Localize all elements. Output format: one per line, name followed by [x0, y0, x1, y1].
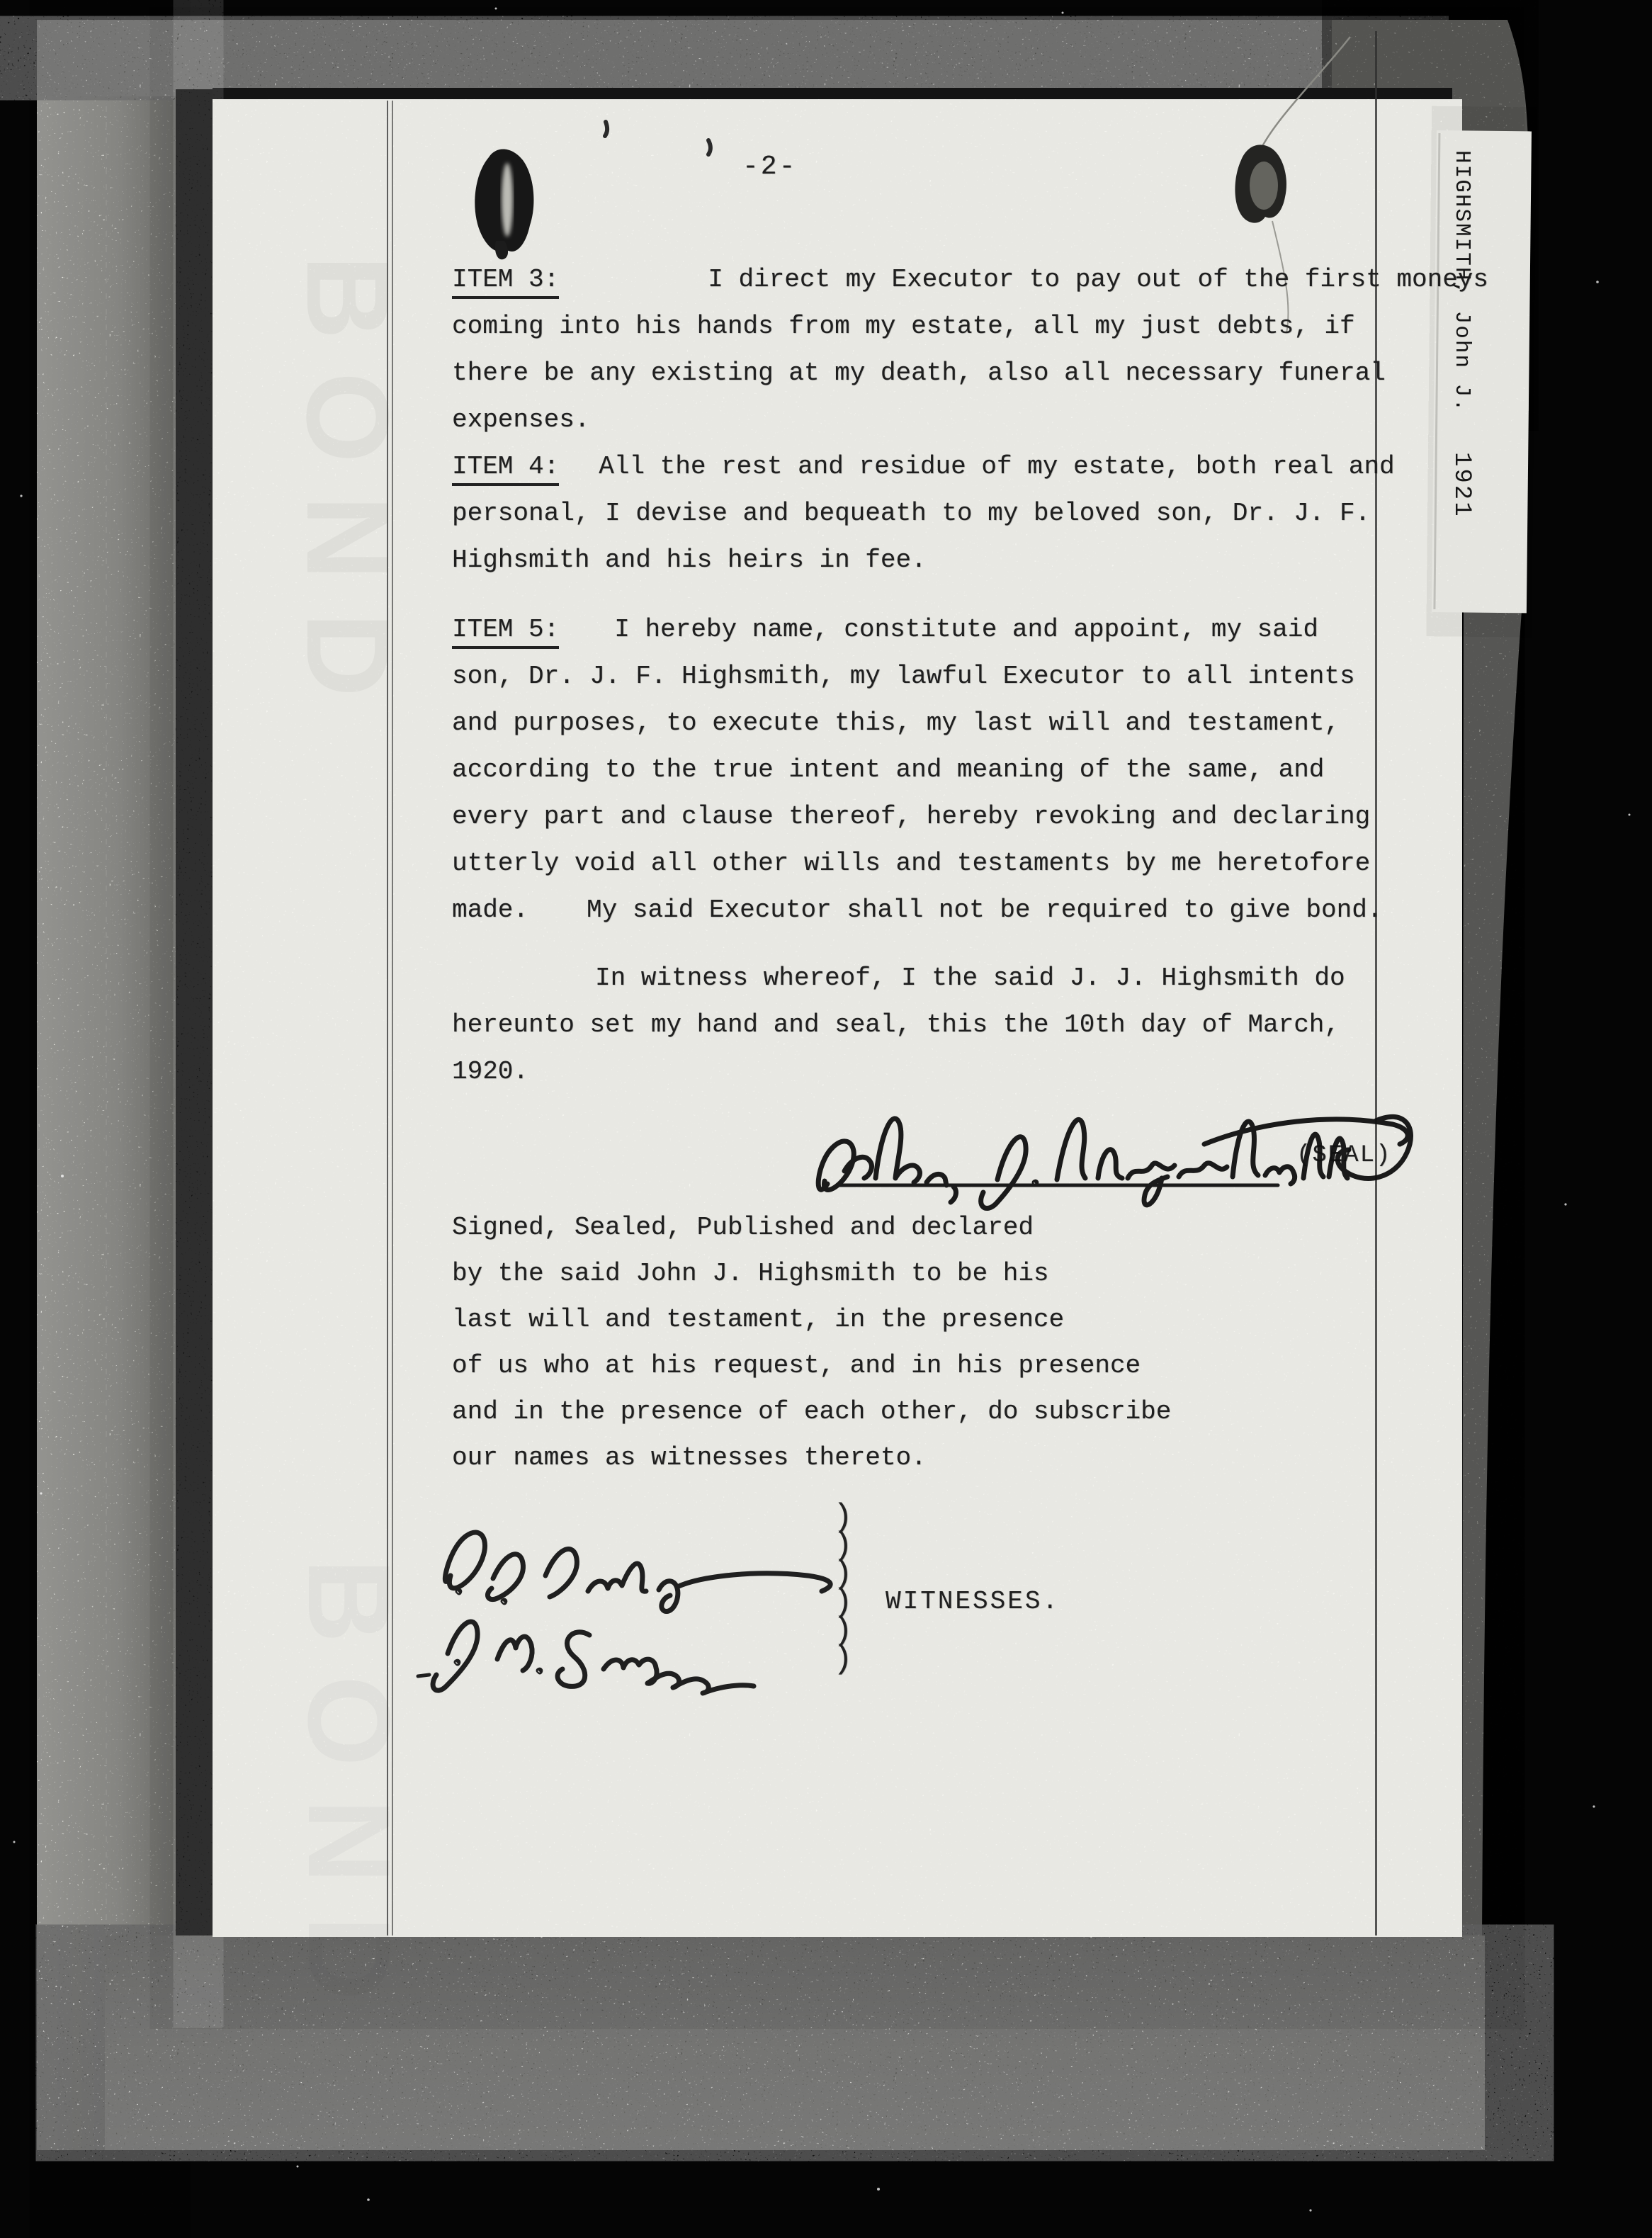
- testator-signature: [808, 1079, 1431, 1217]
- item4-line3: Highsmith and his heirs in fee.: [452, 537, 1488, 584]
- testimonium-line1: In witness whereof, I the said J. J. Hig…: [452, 955, 1488, 1002]
- scanned-will-page: { "doc": { "page_number": "-2-", "waterm…: [0, 0, 1652, 2238]
- item5-line2: son, Dr. J. F. Highsmith, my lawful Exec…: [452, 653, 1488, 700]
- item5-line4: according to the true intent and meaning…: [452, 747, 1488, 793]
- page-number: -2-: [742, 152, 797, 182]
- attestation-line6: our names as witnesses thereto.: [452, 1435, 1171, 1481]
- item3-heading: ITEM 3:: [452, 265, 559, 299]
- attestation-line2: by the said John J. Highsmith to be his: [452, 1250, 1171, 1296]
- folder-watermark-top: BOND: [281, 255, 414, 730]
- page-margin-rule-outer: [387, 101, 388, 1935]
- testimonium-line2: hereunto set my hand and seal, this the …: [452, 1002, 1488, 1049]
- item3-line1: ITEM 3:I direct my Executor to pay out o…: [452, 256, 1488, 303]
- item5-line6: utterly void all other wills and testame…: [452, 840, 1488, 887]
- testimonium-text1: In witness whereof, I the said J. J. Hig…: [595, 963, 1345, 993]
- item4-text1: All the rest and residue of my estate, b…: [599, 452, 1394, 481]
- attestation-line4: of us who at his request, and in his pre…: [452, 1343, 1171, 1389]
- witness2-signature: [405, 1586, 915, 1706]
- item4-line2: personal, I devise and bequeath to my be…: [452, 490, 1488, 537]
- item5-line3: and purposes, to execute this, my last w…: [452, 700, 1488, 747]
- attestation-clause: Signed, Sealed, Published and declared b…: [452, 1204, 1171, 1481]
- item5-heading: ITEM 5:: [452, 615, 559, 649]
- item4-line1: ITEM 4:All the rest and residue of my es…: [452, 443, 1488, 490]
- item3-line4: expenses.: [452, 397, 1488, 443]
- folder-top-edge: [37, 20, 1381, 96]
- page-margin-rule-inner: [392, 101, 393, 1935]
- item3-line3: there be any existing at my death, also …: [452, 350, 1488, 397]
- folder-watermark-bottom: BOND: [282, 1559, 416, 2033]
- folder-tab-year: 1921: [1448, 452, 1475, 519]
- attestation-line3: last will and testament, in the presence: [452, 1296, 1171, 1343]
- item5-text7a: made.: [452, 895, 528, 925]
- item5-text7b: My said Executor shall not be required t…: [587, 895, 1382, 925]
- will-body: ITEM 3:I direct my Executor to pay out o…: [452, 256, 1488, 1095]
- item5-line5: every part and clause thereof, hereby re…: [452, 793, 1488, 840]
- item4-heading: ITEM 4:: [452, 452, 559, 486]
- item3-line2: coming into his hands from my estate, al…: [452, 303, 1488, 350]
- item5-text1: I hereby name, constitute and appoint, m…: [614, 615, 1318, 644]
- folder-left-edge: [37, 20, 183, 2150]
- folder-tab-title: HIGHSMITH, John J.: [1449, 150, 1474, 413]
- item5-line7: made.My said Executor shall not be requi…: [452, 887, 1488, 934]
- item3-text1: I direct my Executor to pay out of the f…: [708, 265, 1488, 294]
- attestation-line5: and in the presence of each other, do su…: [452, 1389, 1171, 1435]
- item5-line1: ITEM 5:I hereby name, constitute and app…: [452, 606, 1488, 653]
